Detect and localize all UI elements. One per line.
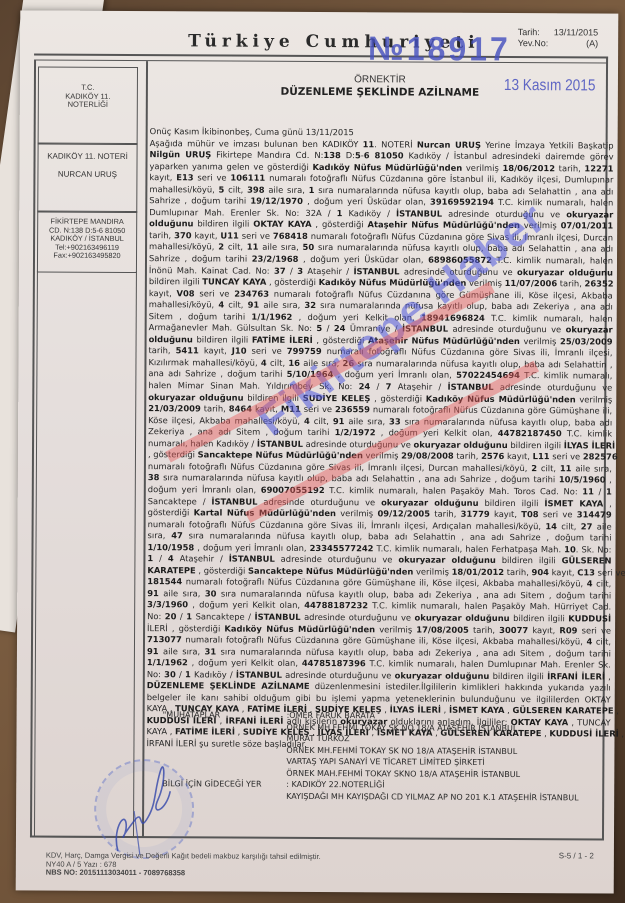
footer-nbs-number: NBS NO: 20151113034011 - 7089768358: [46, 869, 321, 879]
respondent-line: :ÖMER FARUK BARATA: [287, 710, 375, 722]
header-rule-2: [34, 60, 608, 64]
notary-document: Türkiye Cumhuriyeti Tarih:13/11/2015 Yev…: [16, 10, 619, 893]
respondent-line: MURAT TÜRKÖZ: [286, 733, 349, 745]
respondents-label: "MUHATAPLAR: [163, 709, 221, 721]
seal-text: T.C. KADIKÖY 11. NOTERLİĞİ: [39, 84, 137, 110]
yev-value: (A): [586, 38, 598, 49]
address-box: FİKİRTEPE MANDIRA CD. N:138 D:5-6 81050 …: [37, 211, 137, 274]
date-label: Tarih:: [518, 27, 540, 38]
left-column: T.C. KADIKÖY 11. NOTERLİĞİ KADIKÖY 11. N…: [38, 67, 136, 68]
notary-address: FİKİRTEPE MANDIRA CD. N:138 D:5-6 81050 …: [38, 218, 136, 261]
header-meta: Tarih:13/11/2015 Yev.No:(A): [518, 27, 599, 49]
date-value: 13/11/2015: [554, 27, 598, 38]
footer: KDV, Harç, Damga Vergisi ve Değerli Kağı…: [46, 852, 321, 879]
yev-label: Yev.No:: [518, 38, 549, 49]
info-line: : KADIKÖY 22.NOTERLİĞİ: [286, 779, 384, 791]
document-title: DÜZENLEME ŞEKLİNDE AZİLNAME: [150, 85, 610, 99]
notary-title: KADIKÖY 11. NOTERİ: [39, 152, 137, 162]
document-heading: ÖRNEKTİR DÜZENLEME ŞEKLİNDE AZİLNAME: [150, 73, 610, 99]
registry-number-stamp: №18917: [368, 29, 511, 69]
info-line: KAYIŞDAĞI MH KAYIŞDAĞI CD YILMAZ AP NO 2…: [286, 790, 578, 803]
header-rule: [34, 54, 608, 59]
notary-name: NURCAN URUŞ: [38, 170, 136, 180]
signature: [104, 751, 185, 861]
seal-box: T.C. KADIKÖY 11. NOTERLİĞİ: [38, 67, 138, 146]
page-number: S-5 / 1 - 2: [559, 851, 594, 860]
notary-box: KADIKÖY 11. NOTERİ NURCAN URUŞ: [37, 143, 137, 214]
